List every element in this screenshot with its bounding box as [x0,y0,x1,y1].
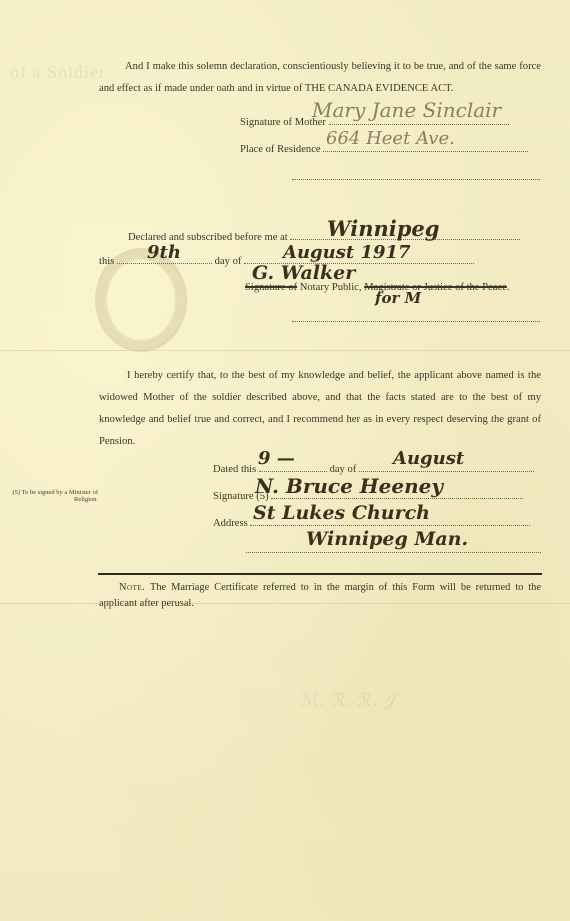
dated-month-value: August [393,448,464,469]
minister-margin-note: (5) To be signed by a Minister of Religi… [10,489,98,503]
minister-signature-value: N. Bruce Heeney [255,474,443,498]
section-divider [98,573,542,575]
day-of-label: day of [215,256,242,267]
blank-official-line [292,312,540,325]
declaration-paragraph: And I make this solemn declaration, cons… [99,56,541,100]
address-line-2-value: Winnipeg Man. [306,528,468,550]
this-label: this [99,256,114,267]
for-note: for M [375,289,421,307]
address-label: Address [213,518,248,529]
note-label: Note. [119,582,145,593]
note-text: The Marriage Certificate referred to in … [99,582,541,609]
blank-residence-line [292,170,540,183]
day-value: 9th [147,242,181,263]
address-line-1-value: St Lukes Church [253,502,430,524]
declared-place-value: Winnipeg [327,216,439,241]
dated-day-value: 9 — [258,448,295,469]
official-signature-value: G. Walker [252,262,355,284]
note-paragraph: Note. The Marriage Certificate referred … [99,580,541,612]
residence-value: 664 Heet Ave. [326,128,455,149]
certificate-paragraph: I hereby certify that, to the best of my… [99,365,541,453]
document-page: of a Soldier ℳ. ℛ. ℛ. 𝒥 And I make this … [0,0,570,921]
month-year-value: August 1917 [283,242,411,263]
residence-label: Place of Residence [240,144,321,155]
mother-signature-value: Mary Jane Sinclair [312,98,501,122]
dated-label: Dated this [213,464,256,475]
